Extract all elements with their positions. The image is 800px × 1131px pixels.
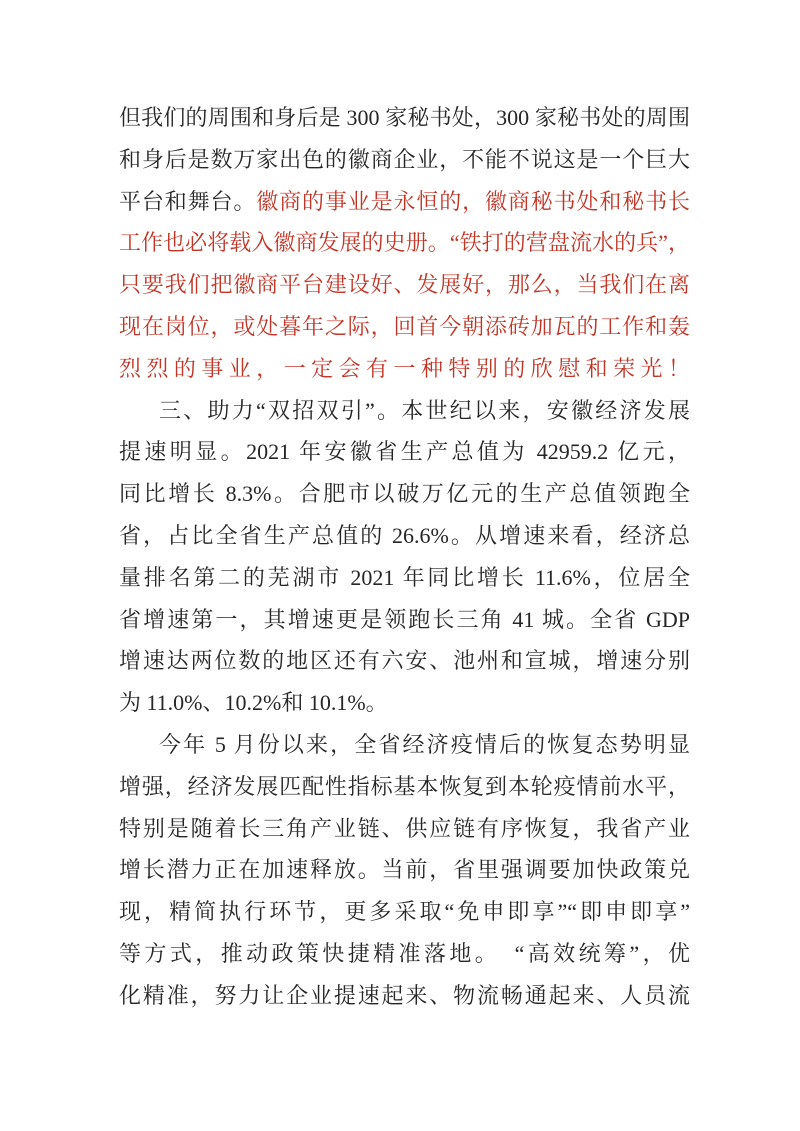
- text-segment: 平台和舞台。: [119, 189, 256, 214]
- text-segment: 同比增长 8.3%。合肥市以破万亿元的生产总值领跑全: [119, 481, 690, 506]
- text-line: 平台和舞台。徽商的事业是永恒的，徽商秘书处和秘书长的: [119, 181, 690, 223]
- highlighted-text-segment: 工作也必将载入徽商发展的史册。“铁打的营盘流水的兵”，: [119, 230, 690, 255]
- text-segment: 化精准，努力让企业提速起来、物流畅通起来、人员流: [119, 983, 690, 1008]
- text-segment: 增长潜力正在加速释放。当前，省里强调要加快政策兑: [119, 857, 690, 882]
- text-segment: 和身后是数万家出色的徽商企业，不能不说这是一个巨大的: [119, 147, 690, 181]
- text-line: 增长潜力正在加速释放。当前，省里强调要加快政策兑: [119, 849, 690, 891]
- text-line: 和身后是数万家出色的徽商企业，不能不说这是一个巨大的: [119, 139, 690, 181]
- text-line: 为 11.0%、10.2%和 10.1%。: [119, 682, 690, 724]
- text-line: 现在岗位，或处暮年之际，回首今朝添砖加瓦的工作和轰轰: [119, 306, 690, 348]
- text-line: 提速明显。2021 年安徽省生产总值为 42959.2 亿元，: [119, 431, 690, 473]
- text-segment: 省增速第一，其增速更是领跑长三角 41 城。全省 GDP: [119, 607, 690, 632]
- text-line: 化精准，努力让企业提速起来、物流畅通起来、人员流: [119, 975, 690, 1017]
- text-line: 特别是随着长三角产业链、供应链有序恢复，我省产业: [119, 808, 690, 850]
- text-line: 烈烈的事业，一定会有一种特别的欣慰和荣光！: [119, 348, 690, 390]
- text-line: 只要我们把徽商平台建设好、发展好，那么，当我们在离开: [119, 264, 690, 306]
- text-segment: 量排名第二的芜湖市 2021 年同比增长 11.6%，位居全: [119, 565, 690, 590]
- text-line: 现，精简执行环节，更多采取“免申即享”“即申即享”: [119, 891, 690, 933]
- highlighted-text-segment: 只要我们把徽商平台建设好、发展好，那么，当我们在离开: [119, 272, 690, 306]
- highlighted-text-segment: 烈烈的事业，一定会有一种特别的欣慰和荣光！: [119, 356, 690, 381]
- text-segment: 增强，经济发展匹配性指标基本恢复到本轮疫情前水平，: [119, 774, 690, 799]
- text-segment: 但我们的周围和身后是 300 家秘书处，300 家秘书处的周围: [119, 105, 690, 130]
- text-line: 增速达两位数的地区还有六安、池州和宣城，增速分别: [119, 640, 690, 682]
- text-line: 工作也必将载入徽商发展的史册。“铁打的营盘流水的兵”，: [119, 222, 690, 264]
- text-segment: 为 11.0%、10.2%和 10.1%。: [119, 690, 388, 715]
- text-line: 同比增长 8.3%。合肥市以破万亿元的生产总值领跑全: [119, 473, 690, 515]
- text-line: 省增速第一，其增速更是领跑长三角 41 城。全省 GDP: [119, 599, 690, 641]
- text-segment: 现，精简执行环节，更多采取“免申即享”“即申即享”: [119, 899, 690, 924]
- highlighted-text-segment: 现在岗位，或处暮年之际，回首今朝添砖加瓦的工作和轰轰: [119, 314, 690, 348]
- text-segment: 省，占比全省生产总值的 26.6%。从增速来看，经济总: [119, 523, 690, 548]
- text-line: 增强，经济发展匹配性指标基本恢复到本轮疫情前水平，: [119, 766, 690, 808]
- text-line: 但我们的周围和身后是 300 家秘书处，300 家秘书处的周围: [119, 97, 690, 139]
- text-line: 三、助力“双招双引”。本世纪以来，安徽经济发展: [119, 390, 690, 432]
- text-segment: 特别是随着长三角产业链、供应链有序恢复，我省产业: [119, 816, 690, 841]
- text-segment: 增速达两位数的地区还有六安、池州和宣城，增速分别: [119, 648, 690, 673]
- text-segment: 三、助力“双招双引”。本世纪以来，安徽经济发展: [159, 398, 690, 423]
- text-segment: 今年 5 月份以来，全省经济疫情后的恢复态势明显: [159, 732, 690, 757]
- document-page: 但我们的周围和身后是 300 家秘书处，300 家秘书处的周围和身后是数万家出色…: [0, 0, 800, 1131]
- text-segment: 提速明显。2021 年安徽省生产总值为 42959.2 亿元，: [119, 439, 690, 464]
- document-body: 但我们的周围和身后是 300 家秘书处，300 家秘书处的周围和身后是数万家出色…: [119, 97, 690, 1017]
- text-line: 等方式，推动政策快捷精准落地。 “高效统筹”，优: [119, 933, 690, 975]
- text-line: 量排名第二的芜湖市 2021 年同比增长 11.6%，位居全: [119, 557, 690, 599]
- text-segment: 等方式，推动政策快捷精准落地。 “高效统筹”，优: [119, 941, 690, 966]
- text-line: 省，占比全省生产总值的 26.6%。从增速来看，经济总: [119, 515, 690, 557]
- text-line: 今年 5 月份以来，全省经济疫情后的恢复态势明显: [119, 724, 690, 766]
